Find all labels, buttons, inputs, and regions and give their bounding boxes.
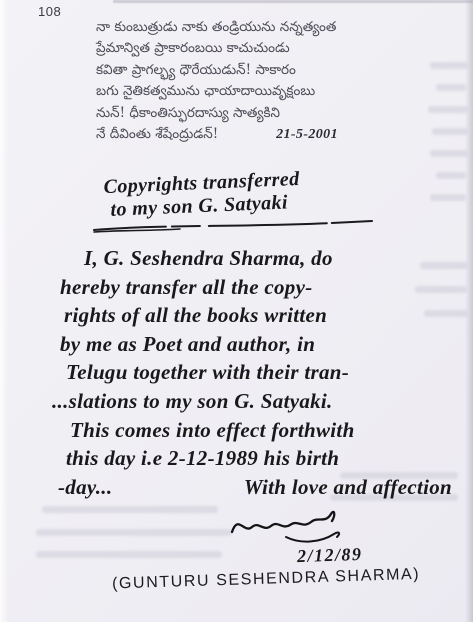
verse-line: నా కుంబుత్రుడు నాకు తండ్రియును నన్నత్యంత <box>96 17 346 38</box>
declaration-line: I, G. Seshendra Sharma, do <box>84 244 452 273</box>
declaration-closing-line: -day... With love and affection <box>58 473 452 502</box>
verse-last-line: నే దీవింతు శేషేంద్రుడన్! 21-5-2001 <box>96 124 338 145</box>
signed-name: (GUNTURU SESHENDRA SHARMA) <box>112 565 462 594</box>
verse-line: నున్! ధీకాంతిస్ఫురదాస్యు సాత్యకిని <box>96 103 346 124</box>
declaration-line: by me as Poet and author, in <box>60 330 452 359</box>
declaration-line: hereby transfer all the copy- <box>60 273 452 302</box>
verse-line: బగు నైతికత్వమును ఛాయాదాయివృక్షంబు <box>96 81 346 102</box>
page-top-scan-streak <box>113 0 473 3</box>
declaration-line: ...slations to my son G. Satyaki. <box>52 387 452 416</box>
verse-date: 21-5-2001 <box>276 124 338 145</box>
declaration-paragraph: I, G. Seshendra Sharma, do hereby transf… <box>58 244 452 501</box>
closing-day-text: -day... <box>58 473 112 502</box>
heading-underline-stroke <box>92 218 376 234</box>
telugu-verse: నా కుంబుత్రుడు నాకు తండ్రియును నన్నత్యంత… <box>96 17 346 145</box>
closing-affection-text: With love and affection <box>244 473 452 502</box>
declaration-line: Telugu together with their tran- <box>66 358 452 387</box>
verse-line: కవితా ప్రాగల్భ్య ధౌరేయుడున్! సాకారం <box>96 60 346 81</box>
declaration-line: this day i.e 2-12-1989 his birth <box>66 444 452 473</box>
handwritten-heading: Copyrights transferred to my son G. Saty… <box>103 168 301 222</box>
page-number: 108 <box>38 4 61 19</box>
signature <box>228 502 346 550</box>
verse-line: నే దీవింతు శేషేంద్రుడన్! <box>96 124 218 145</box>
declaration-line: This comes into effect forthwith <box>70 416 452 445</box>
page-edge-highlight <box>0 0 8 622</box>
scanned-book-page: 108 నా కుంబుత్రుడు నాకు తండ్రియును నన్నత… <box>0 0 473 622</box>
declaration-line: rights of all the books written <box>64 301 452 330</box>
signature-date: 2/12/89 <box>297 544 363 567</box>
verse-line: ప్రేమాన్విత ప్రాకారంబయి కాచుచుండు <box>96 38 346 59</box>
